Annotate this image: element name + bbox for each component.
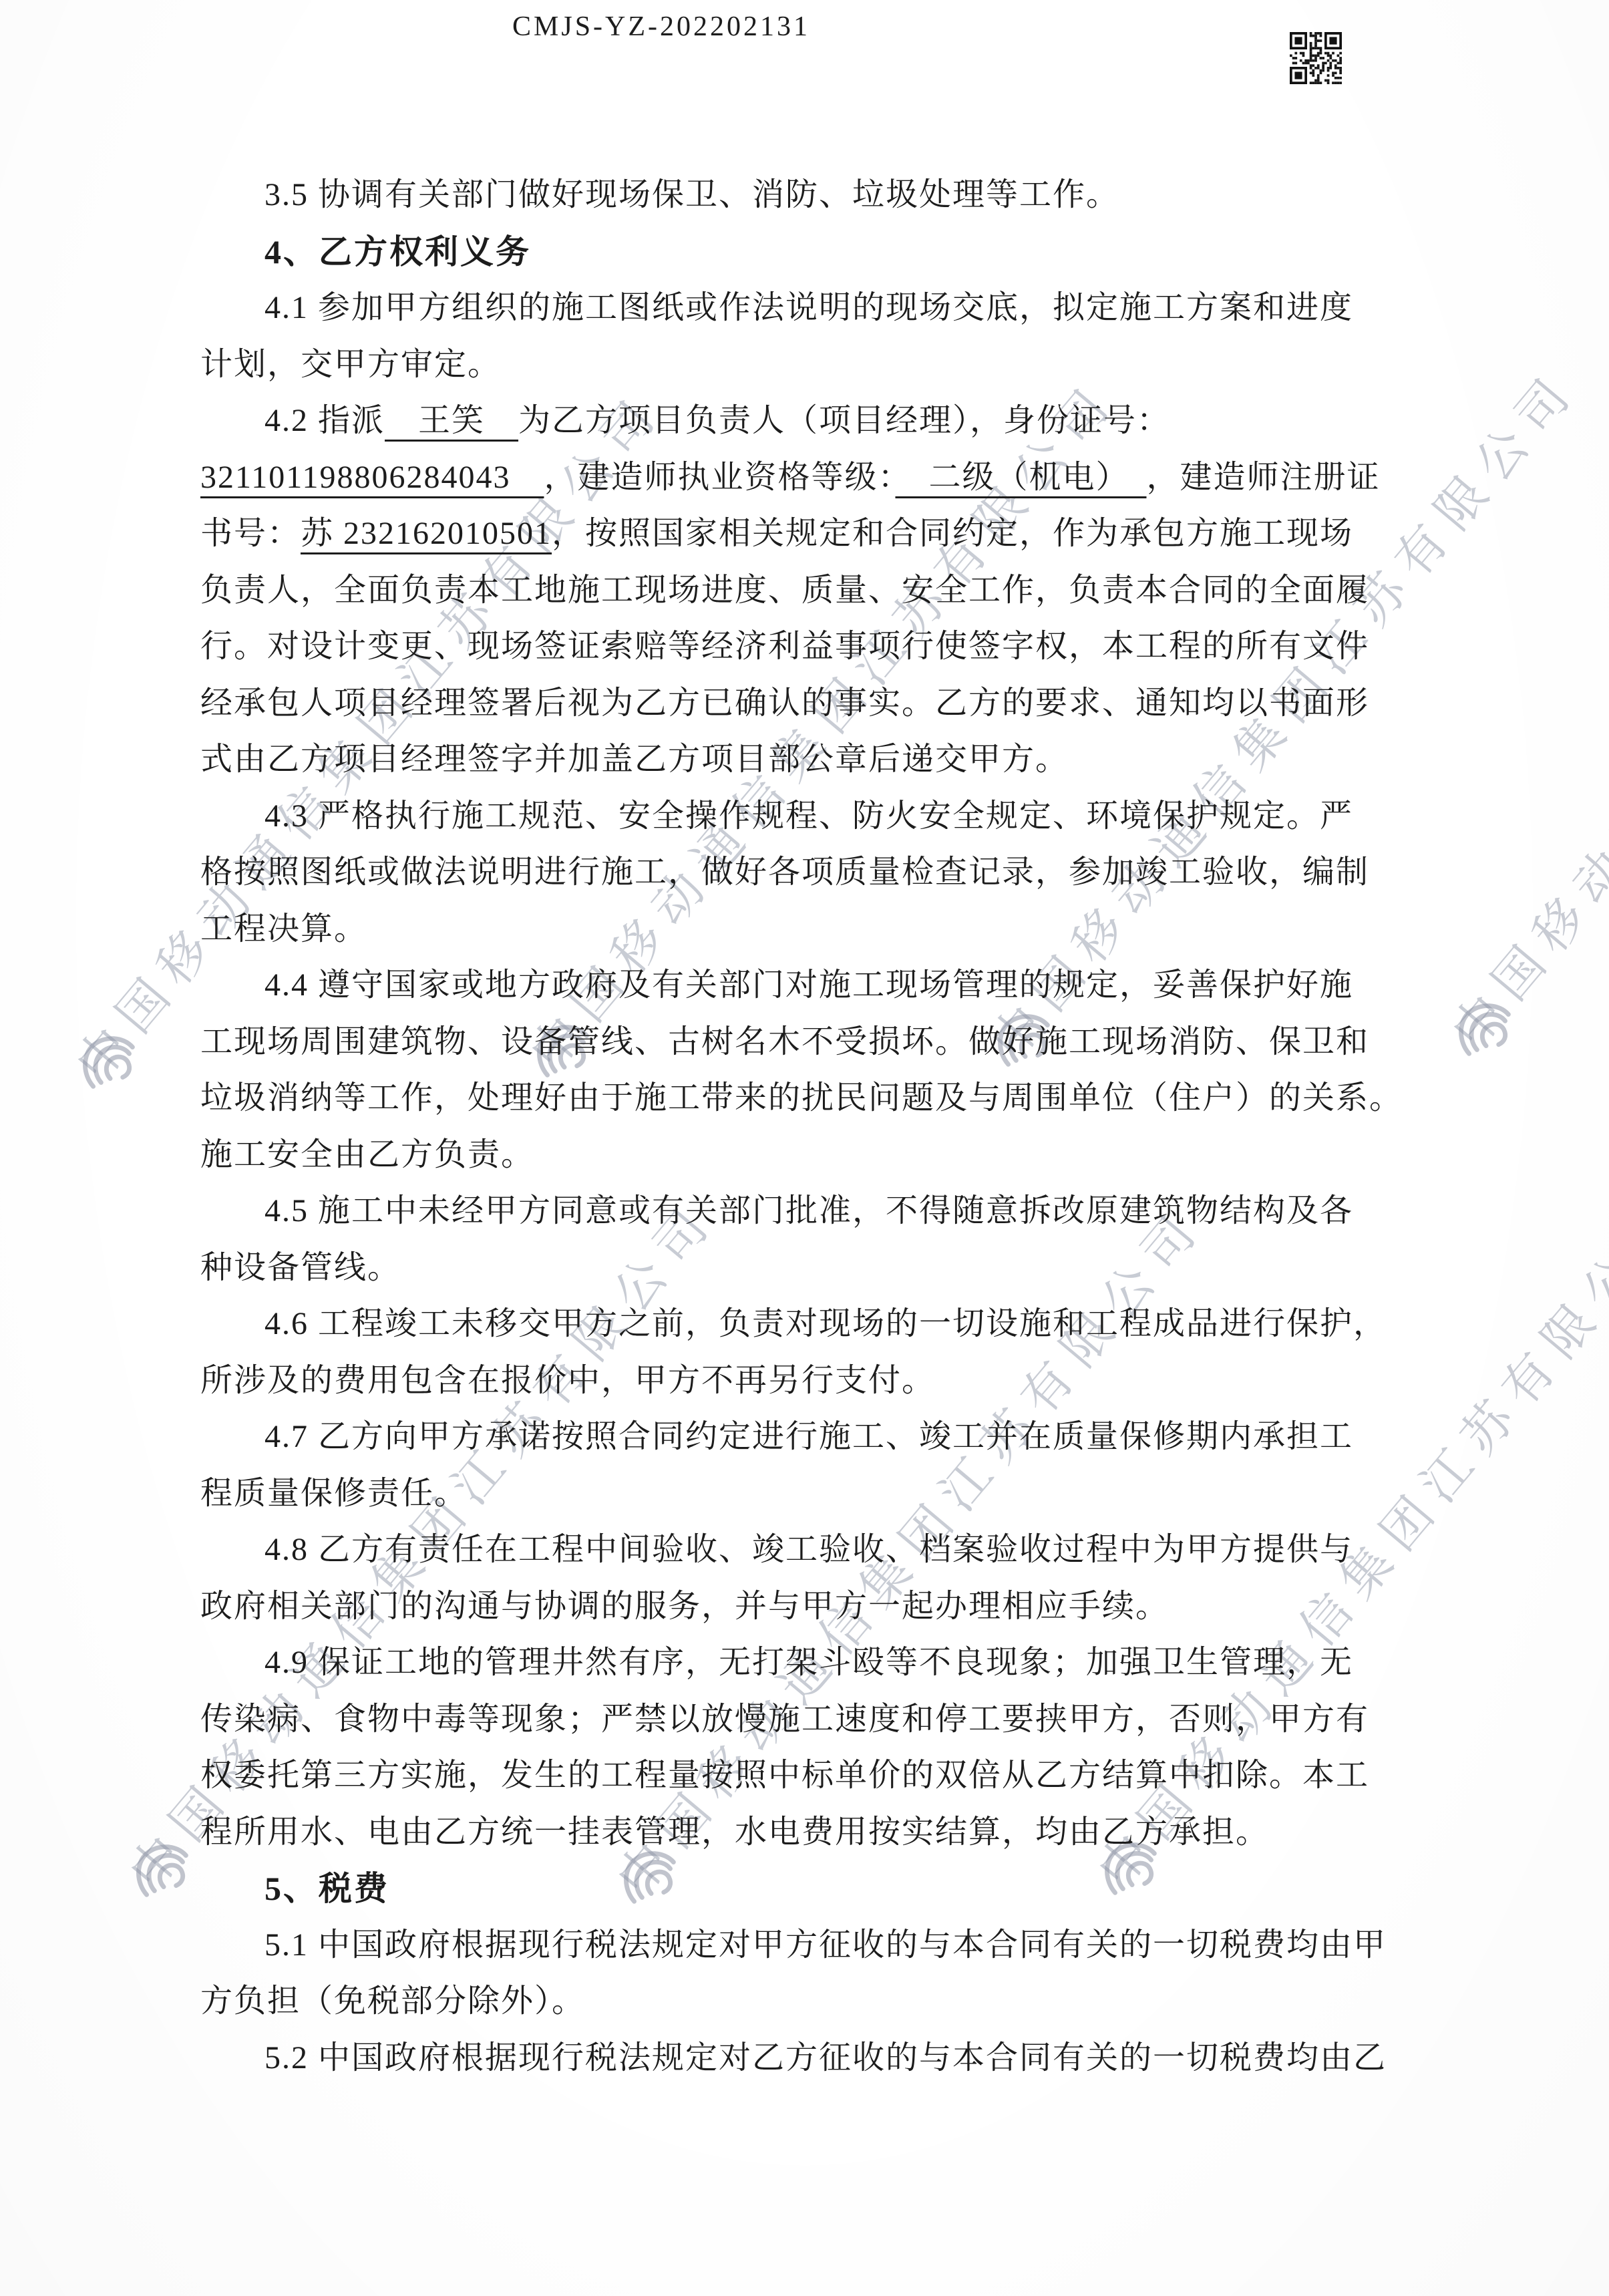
text-line: 行。对设计变更、现场签证索赔等经济利益事项行使签字权，本工程的所有文件 xyxy=(200,619,1409,675)
text-segment: 4.2 指派 xyxy=(264,403,385,438)
text-segment: 5.1 中国政府根据现行税法规定对甲方征收的与本合同有关的一切税费均由甲 xyxy=(264,1927,1387,1963)
text-segment: 4.7 乙方向甲方承诺按照合同约定进行施工、竣工并在质量保修期内承担工 xyxy=(264,1419,1353,1454)
text-segment: 5.2 中国政府根据现行税法规定对乙方征收的与本合同有关的一切税费均由乙 xyxy=(264,2040,1387,2076)
underlined-field: 王笑 xyxy=(385,403,518,438)
text-line: 垃圾消纳等工作，处理好由于施工带来的扰民问题及与周围单位（住户）的关系。 xyxy=(200,1070,1409,1127)
doc-code: CMJS-YZ-202202131 xyxy=(374,11,948,43)
text-segment: 种设备管线。 xyxy=(200,1250,401,1285)
text-segment: 方负担（免税部分除外）。 xyxy=(200,1983,585,2019)
text-line: 施工安全由乙方负责。 xyxy=(200,1127,1409,1184)
text-line: 5.2 中国政府根据现行税法规定对乙方征收的与本合同有关的一切税费均由乙 xyxy=(200,2030,1409,2087)
text-line: 权委托第三方实施，发生的工程量按照中标单价的双倍从乙方结算中扣除。本工 xyxy=(200,1748,1409,1804)
text-line: 书号：苏 232162010501，按照国家相关规定和合同约定，作为承包方施工现… xyxy=(200,506,1409,562)
qr-code-icon xyxy=(1289,32,1343,84)
text-line: 5.1 中国政府根据现行税法规定对甲方征收的与本合同有关的一切税费均由甲 xyxy=(200,1917,1409,1974)
text-segment: 程所用水、电由乙方统一挂表管理，水电费用按实结算，均由乙方承担。 xyxy=(200,1814,1269,1850)
text-segment: 政府相关部门的沟通与协调的服务，并与甲方一起办理相应手续。 xyxy=(200,1589,1169,1624)
text-segment: ，建造师执业资格等级： xyxy=(544,460,895,495)
text-segment: 传染病、食物中毒等现象；严禁以放慢施工速度和停工要挟甲方，否则，甲方有 xyxy=(200,1701,1369,1737)
text-line: 传染病、食物中毒等现象；严禁以放慢施工速度和停工要挟甲方，否则，甲方有 xyxy=(200,1691,1409,1748)
text-line: 种设备管线。 xyxy=(200,1240,1409,1297)
text-line: 321101198806284043 ，建造师执业资格等级： 二级（机电） ，建… xyxy=(200,450,1409,506)
text-segment: 经承包人项目经理签署后视为乙方已确认的事实。乙方的要求、通知均以书面形 xyxy=(200,685,1369,721)
text-segment: 施工安全由乙方负责。 xyxy=(200,1137,534,1172)
text-segment: 4.3 严格执行施工规范、安全操作规程、防火安全规定、环境保护规定。严 xyxy=(264,798,1353,834)
text-line: 工程决算。 xyxy=(200,901,1409,958)
china-mobile-logo-icon xyxy=(134,1840,199,1907)
text-line: 式由乙方项目经理签字并加盖乙方项目部公章后递交甲方。 xyxy=(200,731,1409,788)
china-mobile-logo-icon xyxy=(80,1032,146,1099)
text-line: 4.3 严格执行施工规范、安全操作规程、防火安全规定、环境保护规定。严 xyxy=(200,788,1409,845)
text-line: 4.4 遵守国家或地方政府及有关部门对施工现场管理的规定，妥善保护好施 xyxy=(200,957,1409,1014)
text-line: 4.9 保证工地的管理井然有序，无打架斗殴等不良现象；加强卫生管理，无 xyxy=(200,1635,1409,1691)
text-line: 格按照图纸或做法说明进行施工，做好各项质量检查记录，参加竣工验收，编制 xyxy=(200,844,1409,901)
underlined-field: 二级（机电） xyxy=(895,460,1146,495)
text-line: 4.5 施工中未经甲方同意或有关部门批准，不得随意拆改原建筑物结构及各 xyxy=(200,1183,1409,1240)
underlined-field: 321101198806284043 xyxy=(200,460,544,495)
text-segment: 为乙方项目负责人（项目经理），身份证号： xyxy=(518,403,1170,438)
text-segment: 工现场周围建筑物、设备管线、古树名木不受损坏。做好施工现场消防、保卫和 xyxy=(200,1024,1369,1059)
china-mobile-logo-icon xyxy=(1456,999,1522,1066)
text-segment: 负责人，全面负责本工地施工现场进度、质量、安全工作，负责本合同的全面履 xyxy=(200,572,1369,608)
text-segment: 4.5 施工中未经甲方同意或有关部门批准，不得随意拆改原建筑物结构及各 xyxy=(264,1193,1353,1228)
text-segment: 4、乙方权利义务 xyxy=(264,233,531,271)
text-line: 政府相关部门的沟通与协调的服务，并与甲方一起办理相应手续。 xyxy=(200,1579,1409,1635)
text-line: 计划，交甲方审定。 xyxy=(200,337,1409,393)
text-line: 经承包人项目经理签署后视为乙方已确认的事实。乙方的要求、通知均以书面形 xyxy=(200,675,1409,732)
text-line: 负责人，全面负责本工地施工现场进度、质量、安全工作，负责本合同的全面履 xyxy=(200,562,1409,619)
text-segment: 行。对设计变更、现场签证索赔等经济利益事项行使签字权，本工程的所有文件 xyxy=(200,629,1369,664)
text-line: 方负担（免税部分除外）。 xyxy=(200,1973,1409,2030)
text-segment: 书号： xyxy=(200,516,301,551)
watermark-text: 中国移动通信集团江苏有限公司 xyxy=(1433,342,1609,1061)
text-segment: 4.9 保证工地的管理井然有序，无打架斗殴等不良现象；加强卫生管理，无 xyxy=(264,1645,1353,1680)
text-segment: 4.6 工程竣工未移交甲方之前，负责对现场的一切设施和工程成品进行保护， xyxy=(264,1306,1387,1341)
text-segment: 4.8 乙方有责任在工程中间验收、竣工验收、档案验收过程中为甲方提供与 xyxy=(264,1532,1353,1567)
text-segment: 程质量保修责任。 xyxy=(200,1476,468,1511)
text-line: 4.1 参加甲方组织的施工图纸或作法说明的现场交底，拟定施工方案和进度 xyxy=(200,280,1409,337)
contract-body: 3.5 协调有关部门做好现场保卫、消防、垃圾处理等工作。4、乙方权利义务4.1 … xyxy=(200,167,1409,2086)
text-line: 所涉及的费用包含在报价中，甲方不再另行支付。 xyxy=(200,1353,1409,1410)
text-segment: 权委托第三方实施，发生的工程量按照中标单价的双倍从乙方结算中扣除。本工 xyxy=(200,1758,1369,1793)
text-line: 5、税费 xyxy=(200,1860,1409,1917)
text-segment: 格按照图纸或做法说明进行施工，做好各项质量检查记录，参加竣工验收，编制 xyxy=(200,854,1369,890)
text-line: 4.6 工程竣工未移交甲方之前，负责对现场的一切设施和工程成品进行保护， xyxy=(200,1296,1409,1353)
text-segment: 所涉及的费用包含在报价中，甲方不再另行支付。 xyxy=(200,1363,935,1398)
text-line: 3.5 协调有关部门做好现场保卫、消防、垃圾处理等工作。 xyxy=(200,167,1409,224)
text-segment: ，建造师注册证 xyxy=(1146,460,1380,495)
text-line: 4.7 乙方向甲方承诺按照合同约定进行施工、竣工并在质量保修期内承担工 xyxy=(200,1409,1409,1466)
text-segment: 工程决算。 xyxy=(200,911,367,947)
text-segment: 3.5 协调有关部门做好现场保卫、消防、垃圾处理等工作。 xyxy=(264,177,1119,212)
text-line: 工现场周围建筑物、设备管线、古树名木不受损坏。做好施工现场消防、保卫和 xyxy=(200,1014,1409,1071)
text-segment: 计划，交甲方审定。 xyxy=(200,347,501,382)
text-line: 程质量保修责任。 xyxy=(200,1466,1409,1522)
text-segment: 4.4 遵守国家或地方政府及有关部门对施工现场管理的规定，妥善保护好施 xyxy=(264,967,1353,1003)
underlined-field: 苏 232162010501 xyxy=(301,516,552,551)
text-segment: 4.1 参加甲方组织的施工图纸或作法说明的现场交底，拟定施工方案和进度 xyxy=(264,290,1353,325)
text-line: 4、乙方权利义务 xyxy=(200,224,1409,281)
text-line: 4.2 指派 王笑 为乙方项目负责人（项目经理），身份证号： xyxy=(200,393,1409,450)
text-segment: 式由乙方项目经理签字并加盖乙方项目部公章后递交甲方。 xyxy=(200,742,1069,777)
text-segment: 5、税费 xyxy=(264,1870,389,1907)
text-segment: ，按照国家相关规定和合同约定，作为承包方施工现场 xyxy=(552,516,1353,551)
text-line: 程所用水、电由乙方统一挂表管理，水电费用按实结算，均由乙方承担。 xyxy=(200,1804,1409,1861)
text-line: 4.8 乙方有责任在工程中间验收、竣工验收、档案验收过程中为甲方提供与 xyxy=(200,1522,1409,1579)
text-segment: 垃圾消纳等工作，处理好由于施工带来的扰民问题及与周围单位（住户）的关系。 xyxy=(200,1080,1403,1116)
